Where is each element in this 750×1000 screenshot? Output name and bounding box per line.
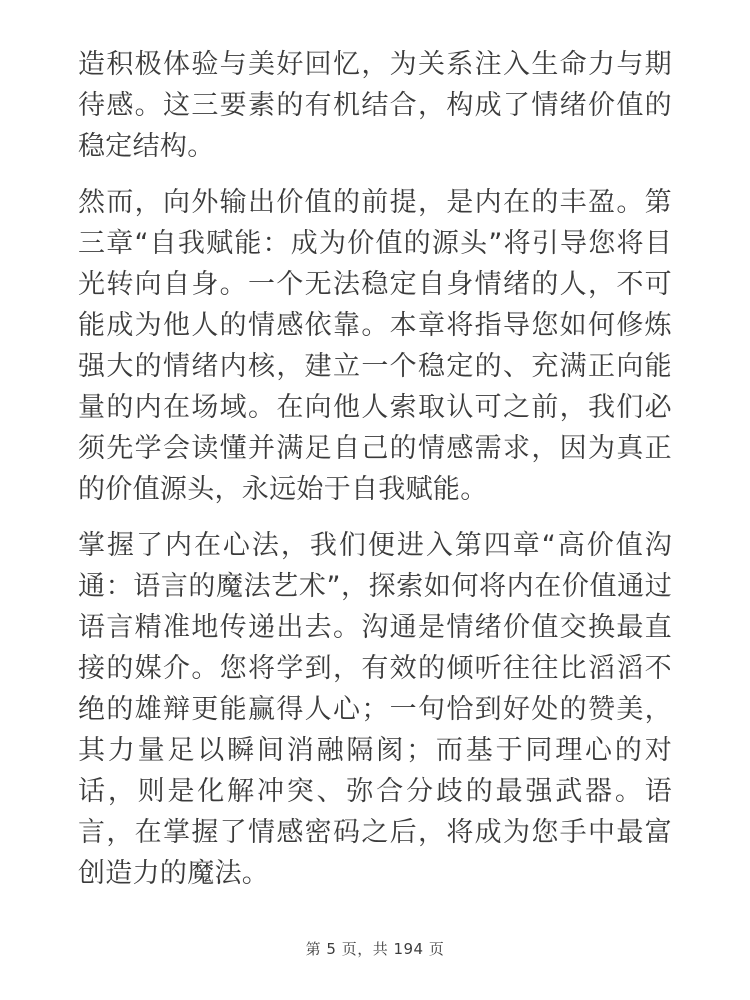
page-body: 造积极体验与美好回忆，为关系注入生命力与期待感。这三要素的有机结合，构成了情绪价… [78,44,672,909]
page-number-label: 第 5 页，共 194 页 [306,940,445,958]
document-page: 造积极体验与美好回忆，为关系注入生命力与期待感。这三要素的有机结合，构成了情绪价… [0,0,750,1000]
paragraph-2: 然而，向外输出价值的前提，是内在的丰盈。第三章“自我赋能：成为价值的源头”将引导… [78,182,672,510]
paragraph-3: 掌握了内在心法，我们便进入第四章“高价值沟通：语言的魔法艺术”，探索如何将内在价… [78,525,672,894]
paragraph-1: 造积极体验与美好回忆，为关系注入生命力与期待感。这三要素的有机结合，构成了情绪价… [78,44,672,167]
page-footer: 第 5 页，共 194 页 [0,938,750,959]
